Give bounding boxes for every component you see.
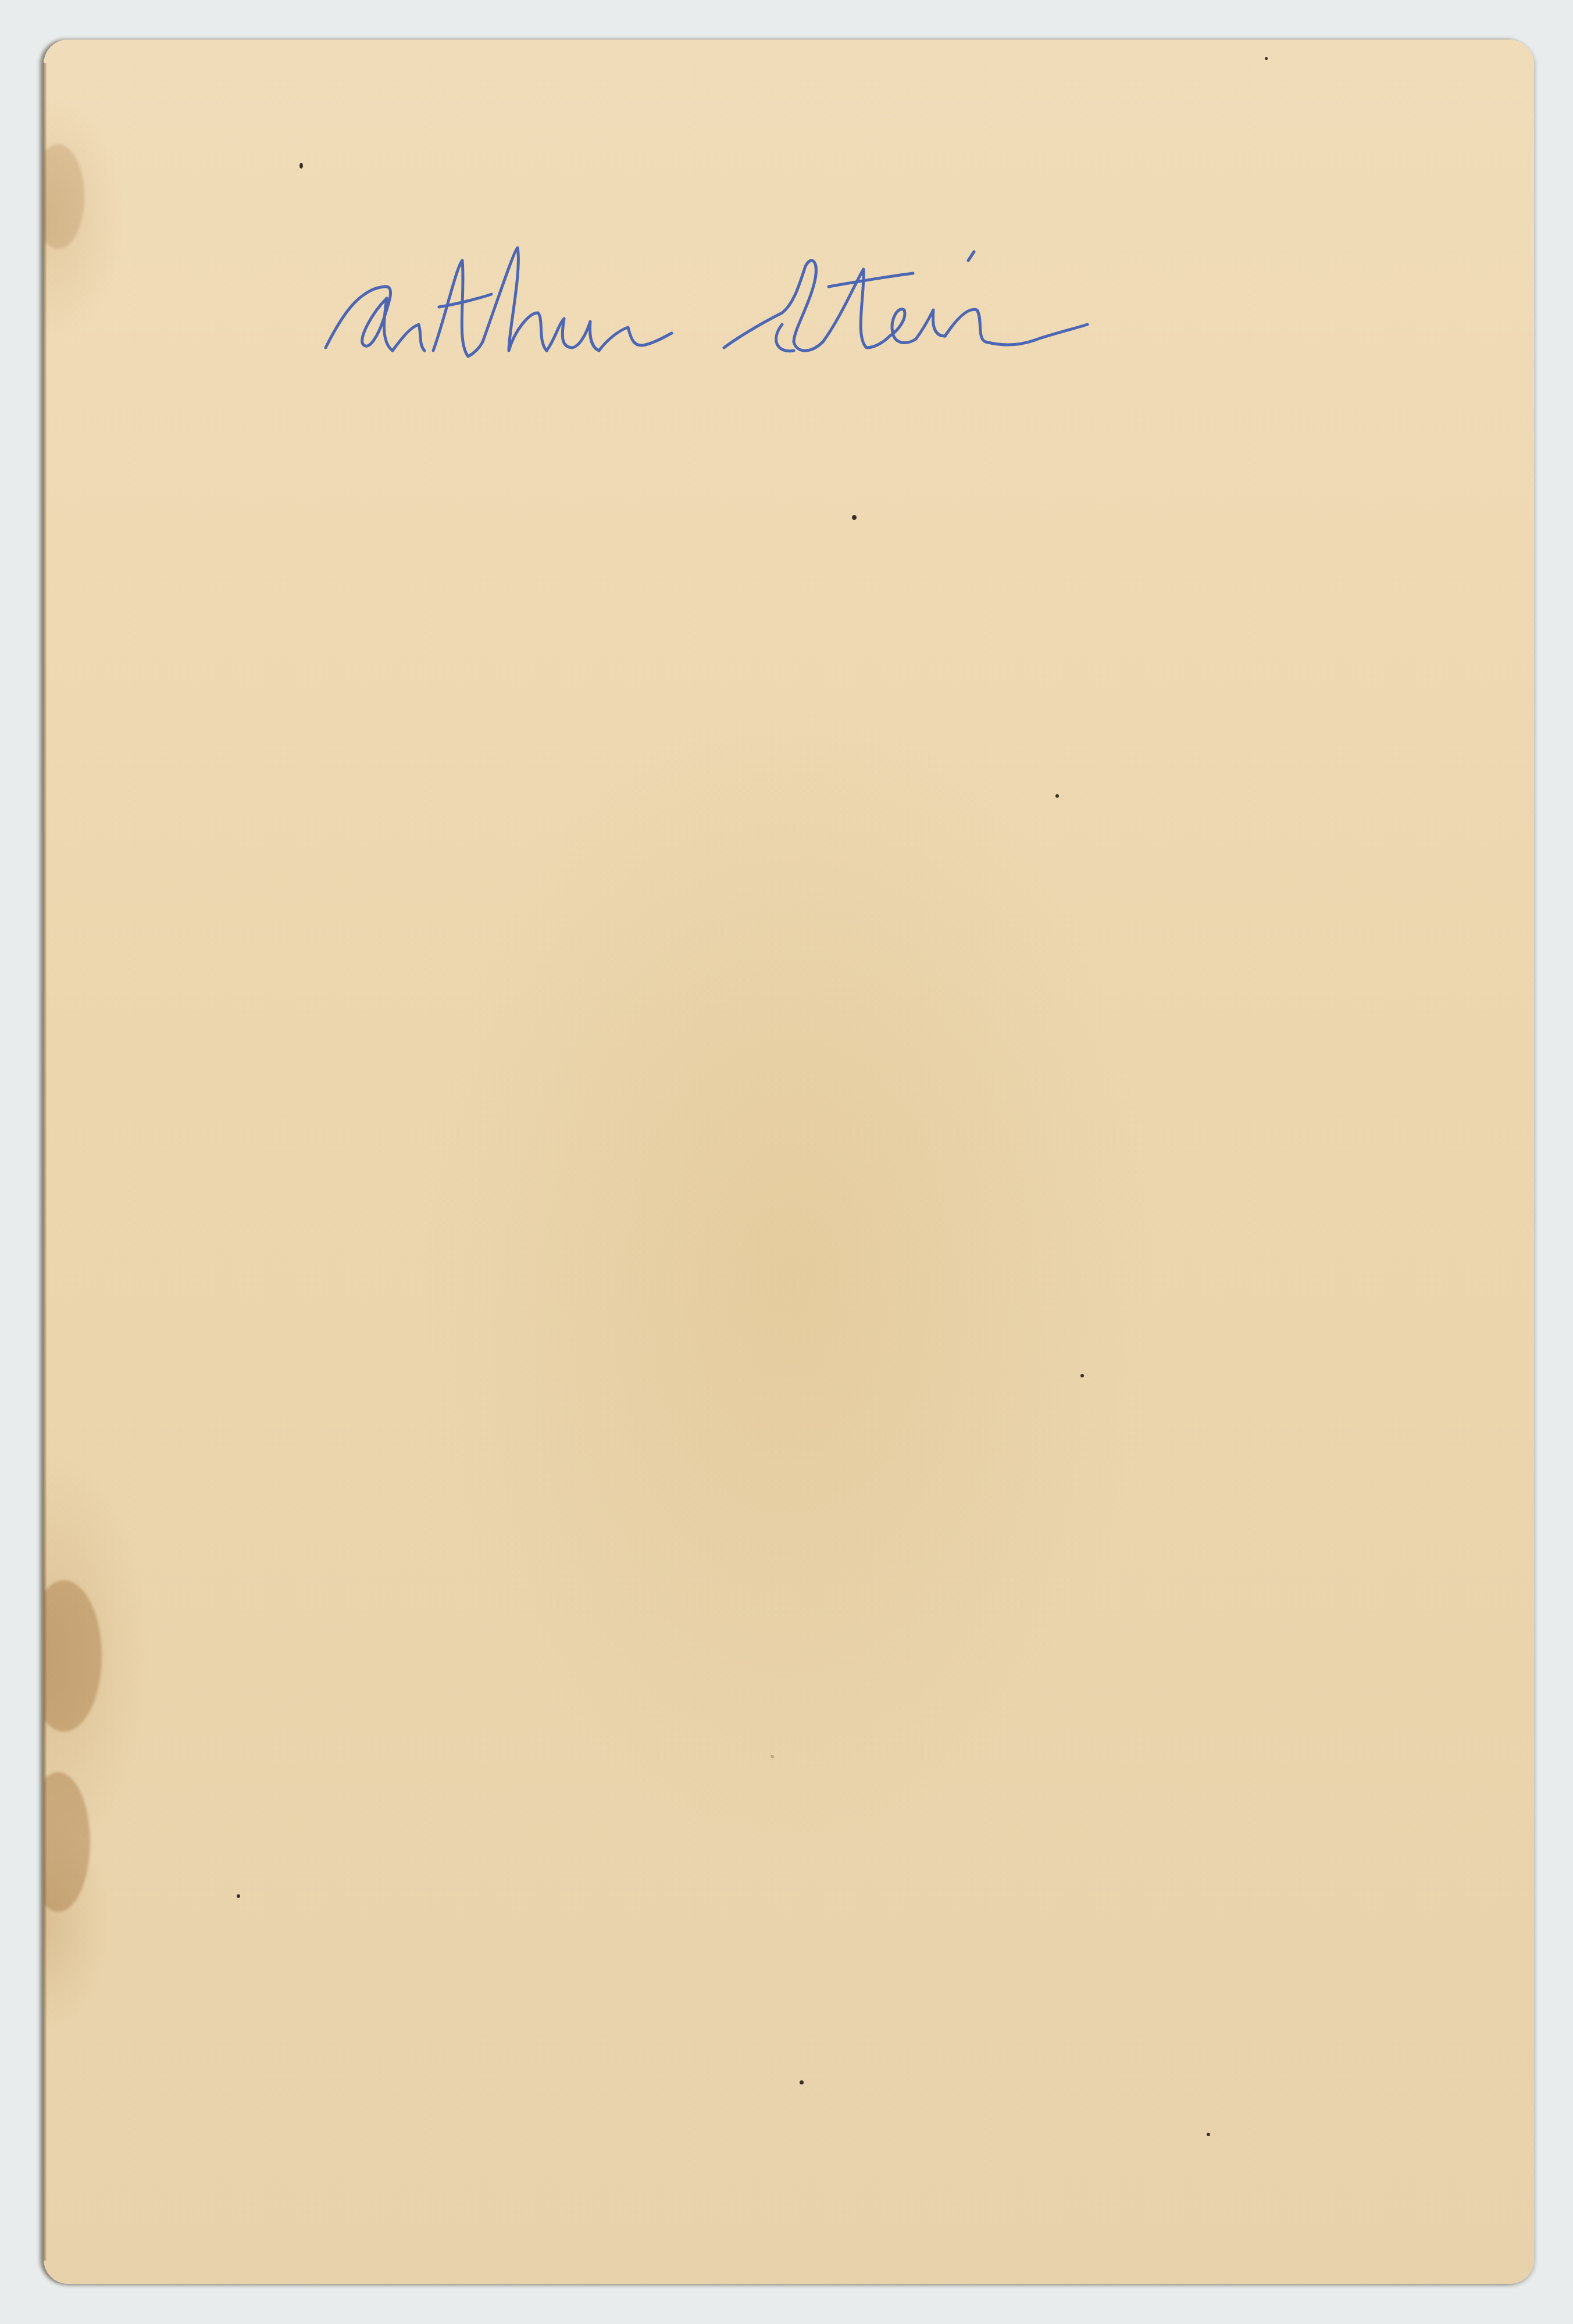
foxing-stain (44, 1580, 102, 1732)
speck (237, 1894, 240, 1898)
speck (1265, 57, 1268, 60)
speck (800, 2080, 804, 2084)
card-back: Arthur Stein (44, 40, 1534, 2284)
handwritten-inscription: Arthur Stein (270, 231, 1085, 383)
speck (852, 515, 857, 520)
speck (771, 1755, 774, 1758)
speck (1055, 794, 1059, 798)
speck (1207, 2133, 1210, 2136)
card-edge-shadow (44, 63, 47, 2261)
speck (299, 163, 303, 169)
speck (1080, 1374, 1084, 1377)
foxing-stain (44, 1772, 90, 1912)
signature-ink (270, 231, 1085, 383)
foxing-stain (44, 144, 84, 249)
